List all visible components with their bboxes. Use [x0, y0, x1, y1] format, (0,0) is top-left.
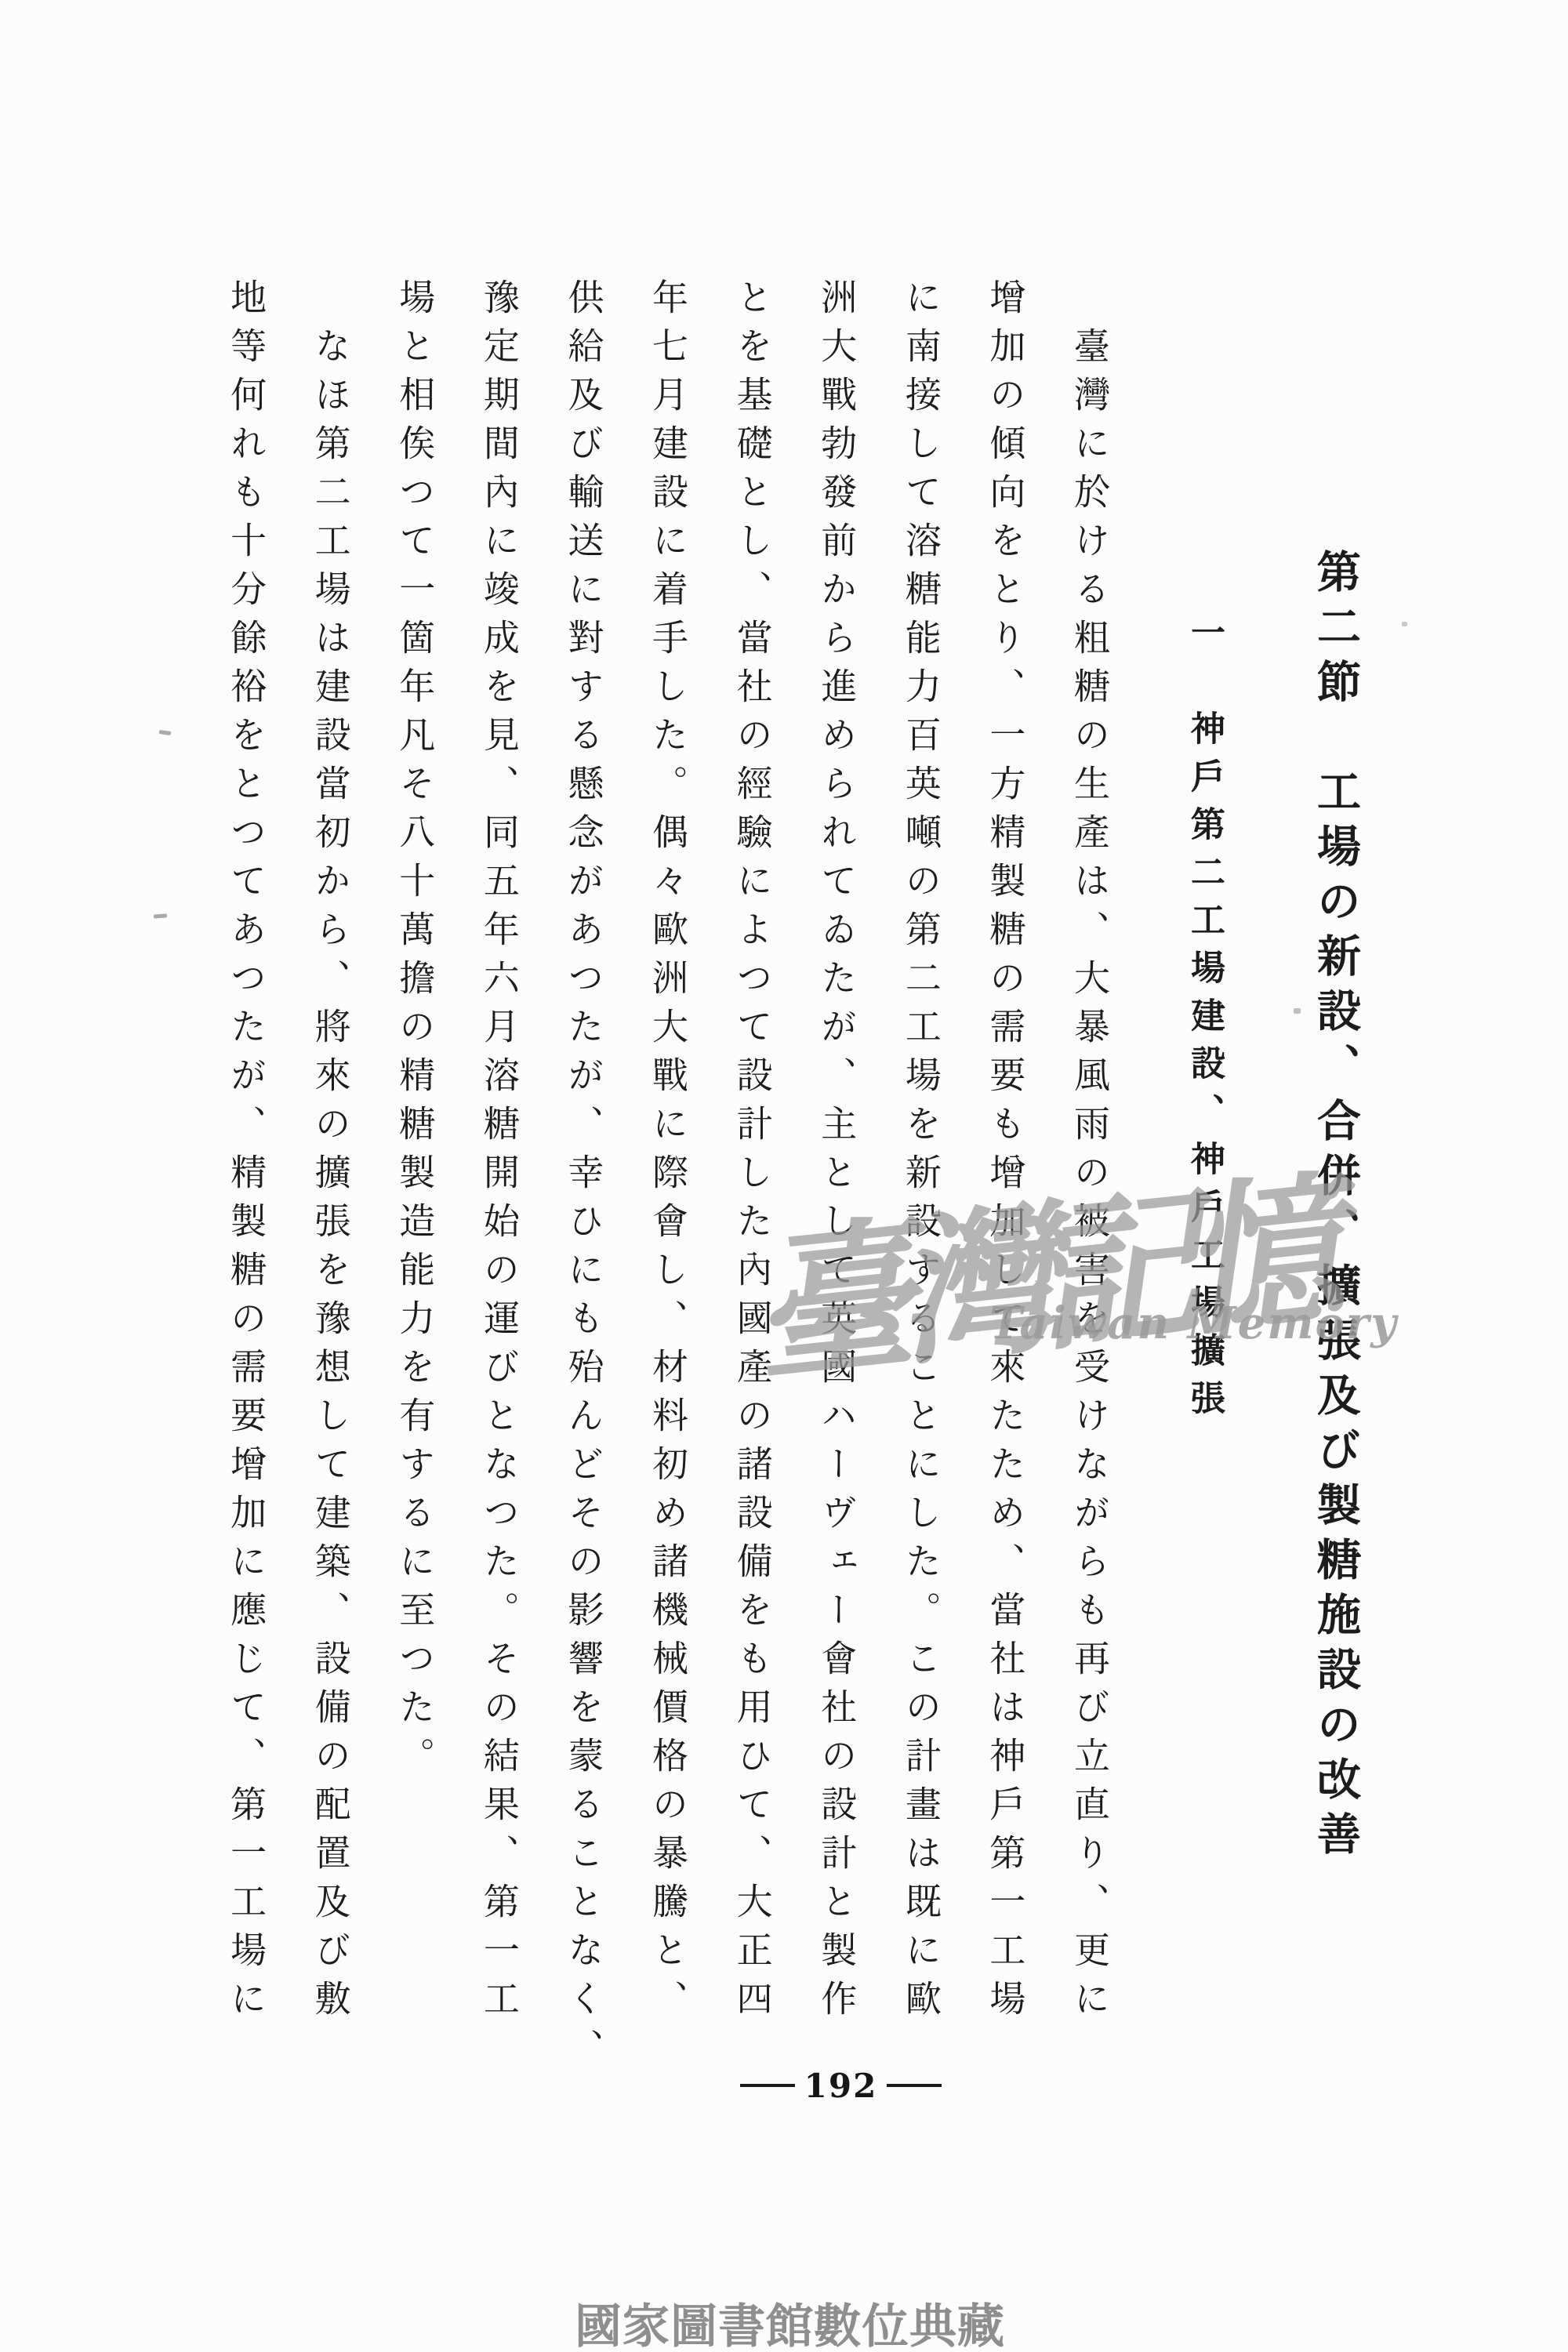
text-column-2: 增加の傾向をとり、一方精製糖の需要も增加して來たため、當社は神戶第一工場 — [963, 278, 1047, 2097]
text-column-5: とを基礎とし、當社の經驗によつて設計した內國產の諸設備をも用ひて、大正四 — [710, 278, 794, 2097]
scan-speck — [1294, 1008, 1301, 1014]
text-column-3: に南接して溶糖能力百英噸の第二工場を新設することにした。この計畫は既に歐 — [878, 278, 963, 2097]
text-column-4: 洲大戰勃發前から進められてゐたが、主として英國ハーヴェー會社の設計と製作 — [794, 278, 879, 2097]
text-column-6: 年七月建設に着手した。偶々歐洲大戰に際會し、材料初め諸機械價格の暴騰と、 — [625, 278, 710, 2097]
page-number-value: 192 — [804, 2067, 878, 2105]
page-number: 192 — [737, 2063, 945, 2107]
text-column-9: 場と相俟つて一箇年凡そ八十萬擔の精糖製造能力を有するに至つた。 — [372, 278, 457, 2097]
scanned-book-page: 第二節 工場の新設、合併、擴張及び製糖施設の改善 一 神戶第二工場建設、神戶工場… — [0, 0, 1568, 2352]
scan-speck — [154, 913, 167, 918]
library-stamp: 國家圖書館數位典藏 — [575, 2289, 1005, 2352]
page-number-rule-right — [887, 2084, 942, 2087]
scan-speck — [1402, 622, 1407, 626]
text-column-11: 地等何れも十分餘裕をとつてあつたが、精製糖の需要增加に應じて、第一工場に — [203, 278, 288, 2097]
scan-speck — [159, 730, 172, 735]
body-text: 臺灣に於ける粗糖の生產は、大暴風雨の被害を受けながらも再び立直り、更に增加の傾向… — [203, 278, 1131, 2097]
text-column-10: なほ第二工場は建設當初から、將來の擴張を豫想して建築、設備の配置及び敷 — [288, 278, 372, 2097]
section-heading: 第二節 工場の新設、合併、擴張及び製糖施設の改善 — [1314, 549, 1358, 1866]
sub-heading: 一 神戶第二工場建設、神戶工場擴張 — [1187, 615, 1221, 1428]
page-number-rule-left — [740, 2084, 795, 2087]
text-column-7: 供給及び輸送に對する懸念があつたが、幸ひにも殆んどその影響を蒙ることなく、 — [541, 278, 626, 2097]
text-column-1: 臺灣に於ける粗糖の生產は、大暴風雨の被害を受けながらも再び立直り、更に — [1047, 278, 1131, 2097]
text-column-8: 豫定期間內に竣成を見、同五年六月溶糖開始の運びとなつた。その結果、第一工 — [456, 278, 541, 2097]
